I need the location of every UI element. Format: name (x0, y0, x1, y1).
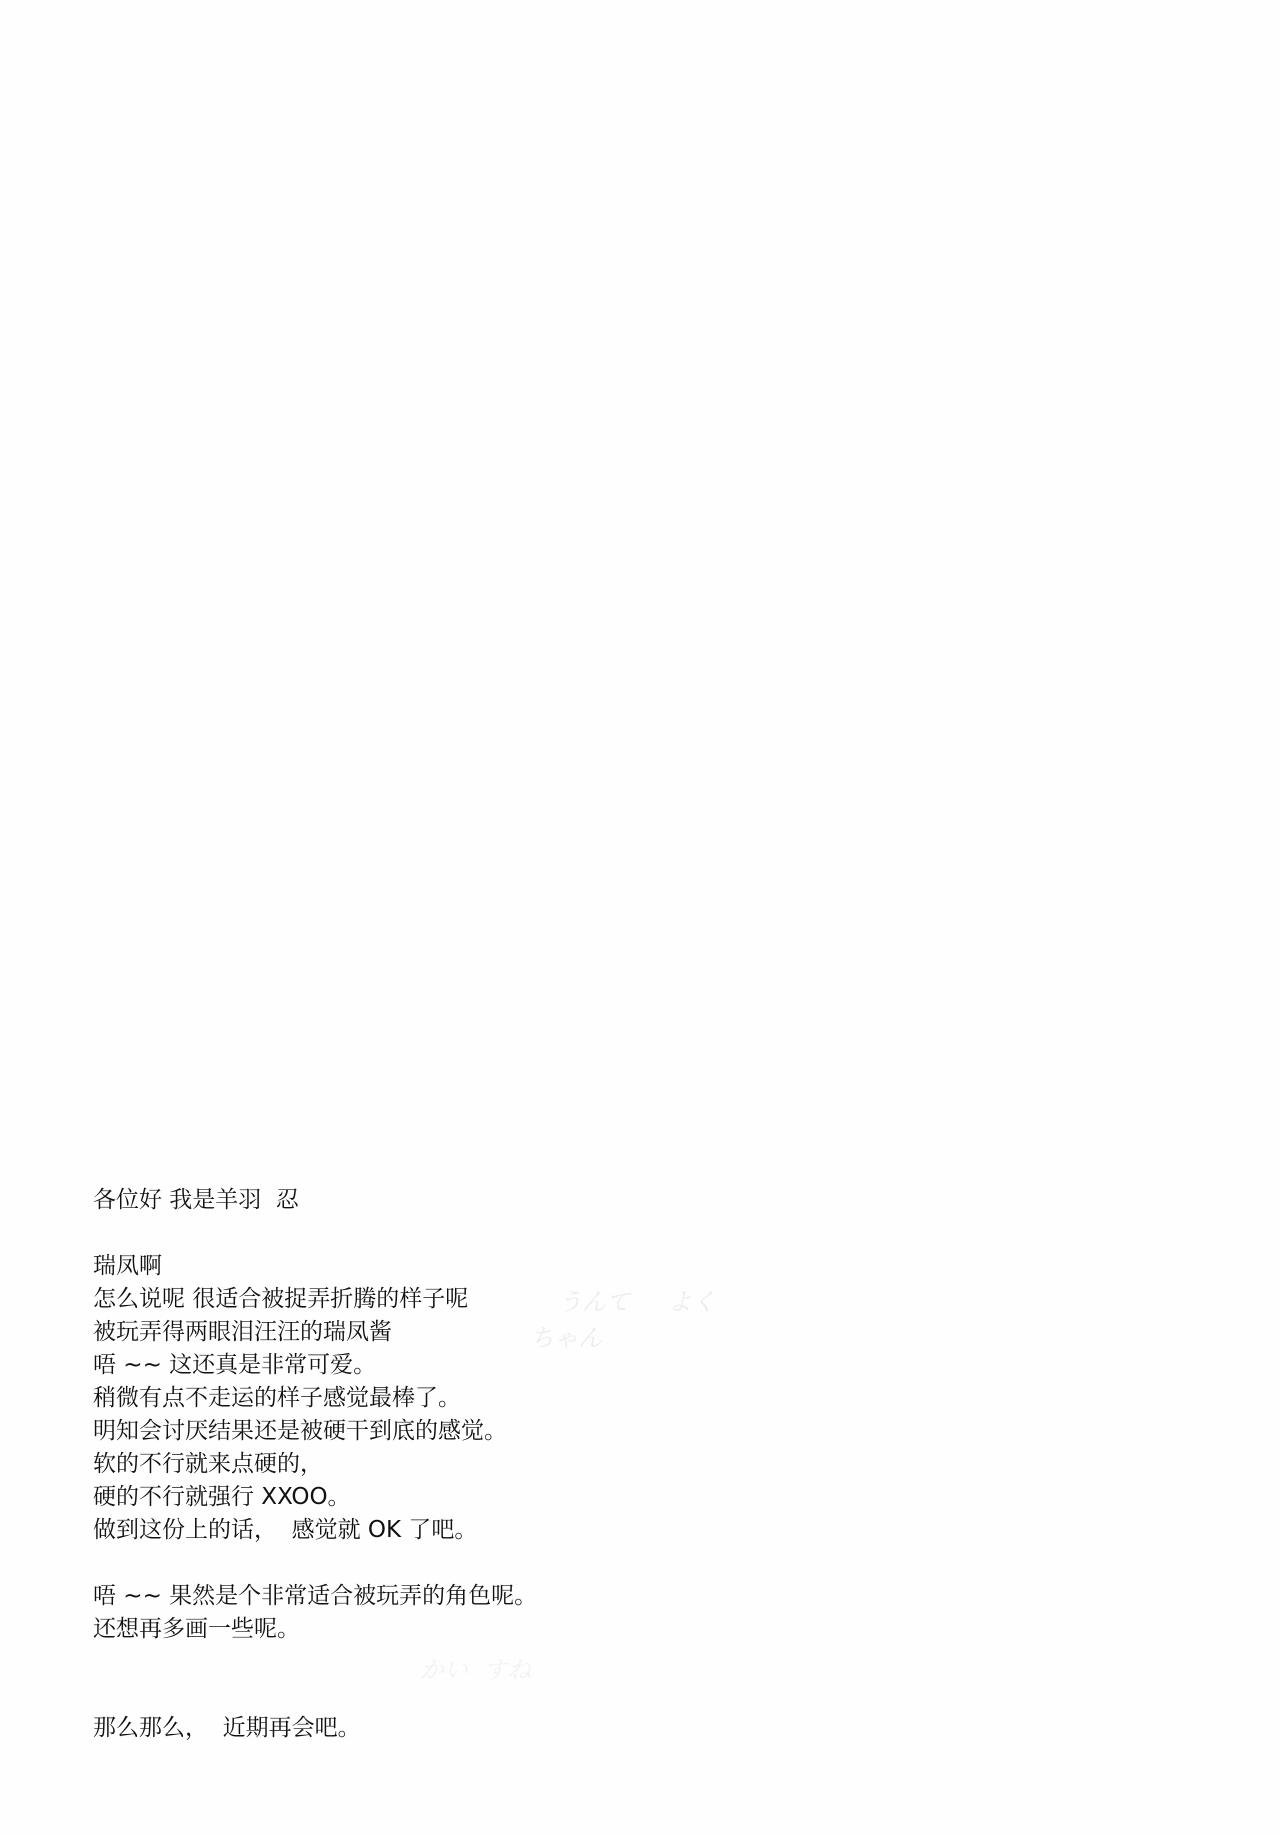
text-line: 还想再多画一些呢。 (93, 1613, 793, 1646)
text-line: 软的不行就来点硬的， (93, 1448, 793, 1481)
document-page: うんて ちゃん よく かい すね 各位好 我是羊羽 忍 瑞凤啊 怎么说呢 很适合… (0, 0, 1280, 1834)
text-line: 被玩弄得两眼泪汪汪的瑞凤酱 (93, 1316, 793, 1349)
blank-line (93, 1217, 793, 1250)
text-line: 怎么说呢 很适合被捉弄折腾的样子呢 (93, 1283, 793, 1316)
afterword-text: 各位好 我是羊羽 忍 瑞凤啊 怎么说呢 很适合被捉弄折腾的样子呢 被玩弄得两眼泪… (93, 1184, 793, 1745)
text-line: 唔 ~~ 这还真是非常可爱。 (93, 1349, 793, 1382)
closing-line: 那么那么， 近期再会吧。 (93, 1712, 793, 1745)
greeting-line: 各位好 我是羊羽 忍 (93, 1184, 793, 1217)
text-line: 做到这份上的话， 感觉就 OK 了吧。 (93, 1514, 793, 1547)
blank-line (93, 1547, 793, 1580)
text-line: 唔 ~~ 果然是个非常适合被玩弄的角色呢。 (93, 1580, 793, 1613)
text-line: 稍微有点不走运的样子感觉最棒了。 (93, 1382, 793, 1415)
text-line: 硬的不行就强行 XXOO。 (93, 1481, 793, 1514)
text-line: 瑞凤啊 (93, 1250, 793, 1283)
text-line: 明知会讨厌结果还是被硬干到底的感觉。 (93, 1415, 793, 1448)
blank-line (93, 1646, 793, 1712)
